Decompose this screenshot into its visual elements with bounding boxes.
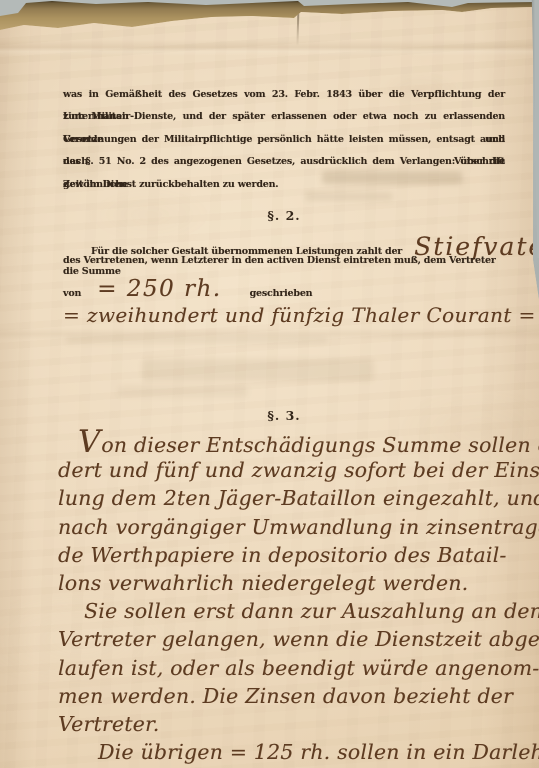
handwritten-line: men werden. Die Zinsen davon bezieht der: [58, 682, 539, 710]
printed-line: des §. 51 No. 2 des angezogenen Gesetzes…: [63, 151, 505, 173]
handwritten-amount-words: = zweihundert und fünfzig Thaler Courant…: [63, 303, 533, 327]
handwritten-line: Vertreter.: [58, 710, 539, 738]
printed-line: Zeit im Dienst zurückbehalten zu werden.: [63, 174, 505, 196]
handwritten-line: Die übrigen = 125 rh. sollen in ein Darl…: [58, 738, 539, 766]
left-edge-shading: [0, 0, 34, 768]
handwritten-line: lons verwahrlich niedergelegt werden.: [58, 569, 539, 597]
ink-bleedthrough: [66, 337, 328, 343]
printed-line: zum Militair-Dienste, und der später erl…: [63, 106, 505, 128]
handwritten-line: Sie sollen erst dann zur Auszahlung an d…: [58, 597, 539, 625]
horizontal-crease: [0, 40, 539, 56]
ink-bleedthrough: [118, 386, 248, 397]
handwritten-line: Vertreter gelangen, wenn die Dienstzeit …: [58, 625, 539, 653]
document-page: was in Gemäßheit des Gesetzes vom 23. Fe…: [0, 0, 539, 768]
section-3-handwritten-paragraphs: Von dieser Entschädigungs Summe sollen e…: [58, 428, 539, 766]
handwritten-line: lung dem 2ten Jäger-Bataillon eingezahlt…: [58, 484, 539, 512]
section-3-heading: §. 3.: [63, 408, 505, 423]
handwritten-line: de Werthpapiere in depositorio des Batai…: [58, 541, 539, 569]
horizontal-crease: [0, 328, 539, 340]
handwritten-line: Von dieser Entschädigungs Summe sollen e…: [58, 428, 539, 456]
handwritten-line: laufen ist, oder als beendigt würde ange…: [58, 654, 539, 682]
printed-line: was in Gemäßheit des Gesetzes vom 23. Fe…: [63, 84, 505, 106]
section-2-line-2: des Vertretenen, wenn Letzterer in den a…: [63, 255, 505, 277]
scanned-document: was in Gemäßheit des Gesetzes vom 23. Fe…: [0, 0, 539, 768]
printed-text: von: [63, 288, 81, 299]
ink-bleedthrough: [142, 359, 374, 381]
printed-text: geschrieben: [250, 288, 313, 299]
section-2-amount-line: von = 250 rh. geschrieben: [63, 276, 533, 302]
printed-intro-paragraph: was in Gemäßheit des Gesetzes vom 23. Fe…: [63, 84, 505, 196]
handwritten-line: dert und fünf und zwanzig sofort bei der…: [58, 456, 539, 484]
printed-line: Verordnungen der Militairpflichtige pers…: [63, 129, 505, 151]
handwritten-amount-figures: = 250 rh.: [97, 276, 221, 302]
section-2-heading: §. 2.: [63, 208, 505, 223]
handwritten-line: nach vorgängiger Umwandlung in zinsentra…: [58, 513, 539, 541]
